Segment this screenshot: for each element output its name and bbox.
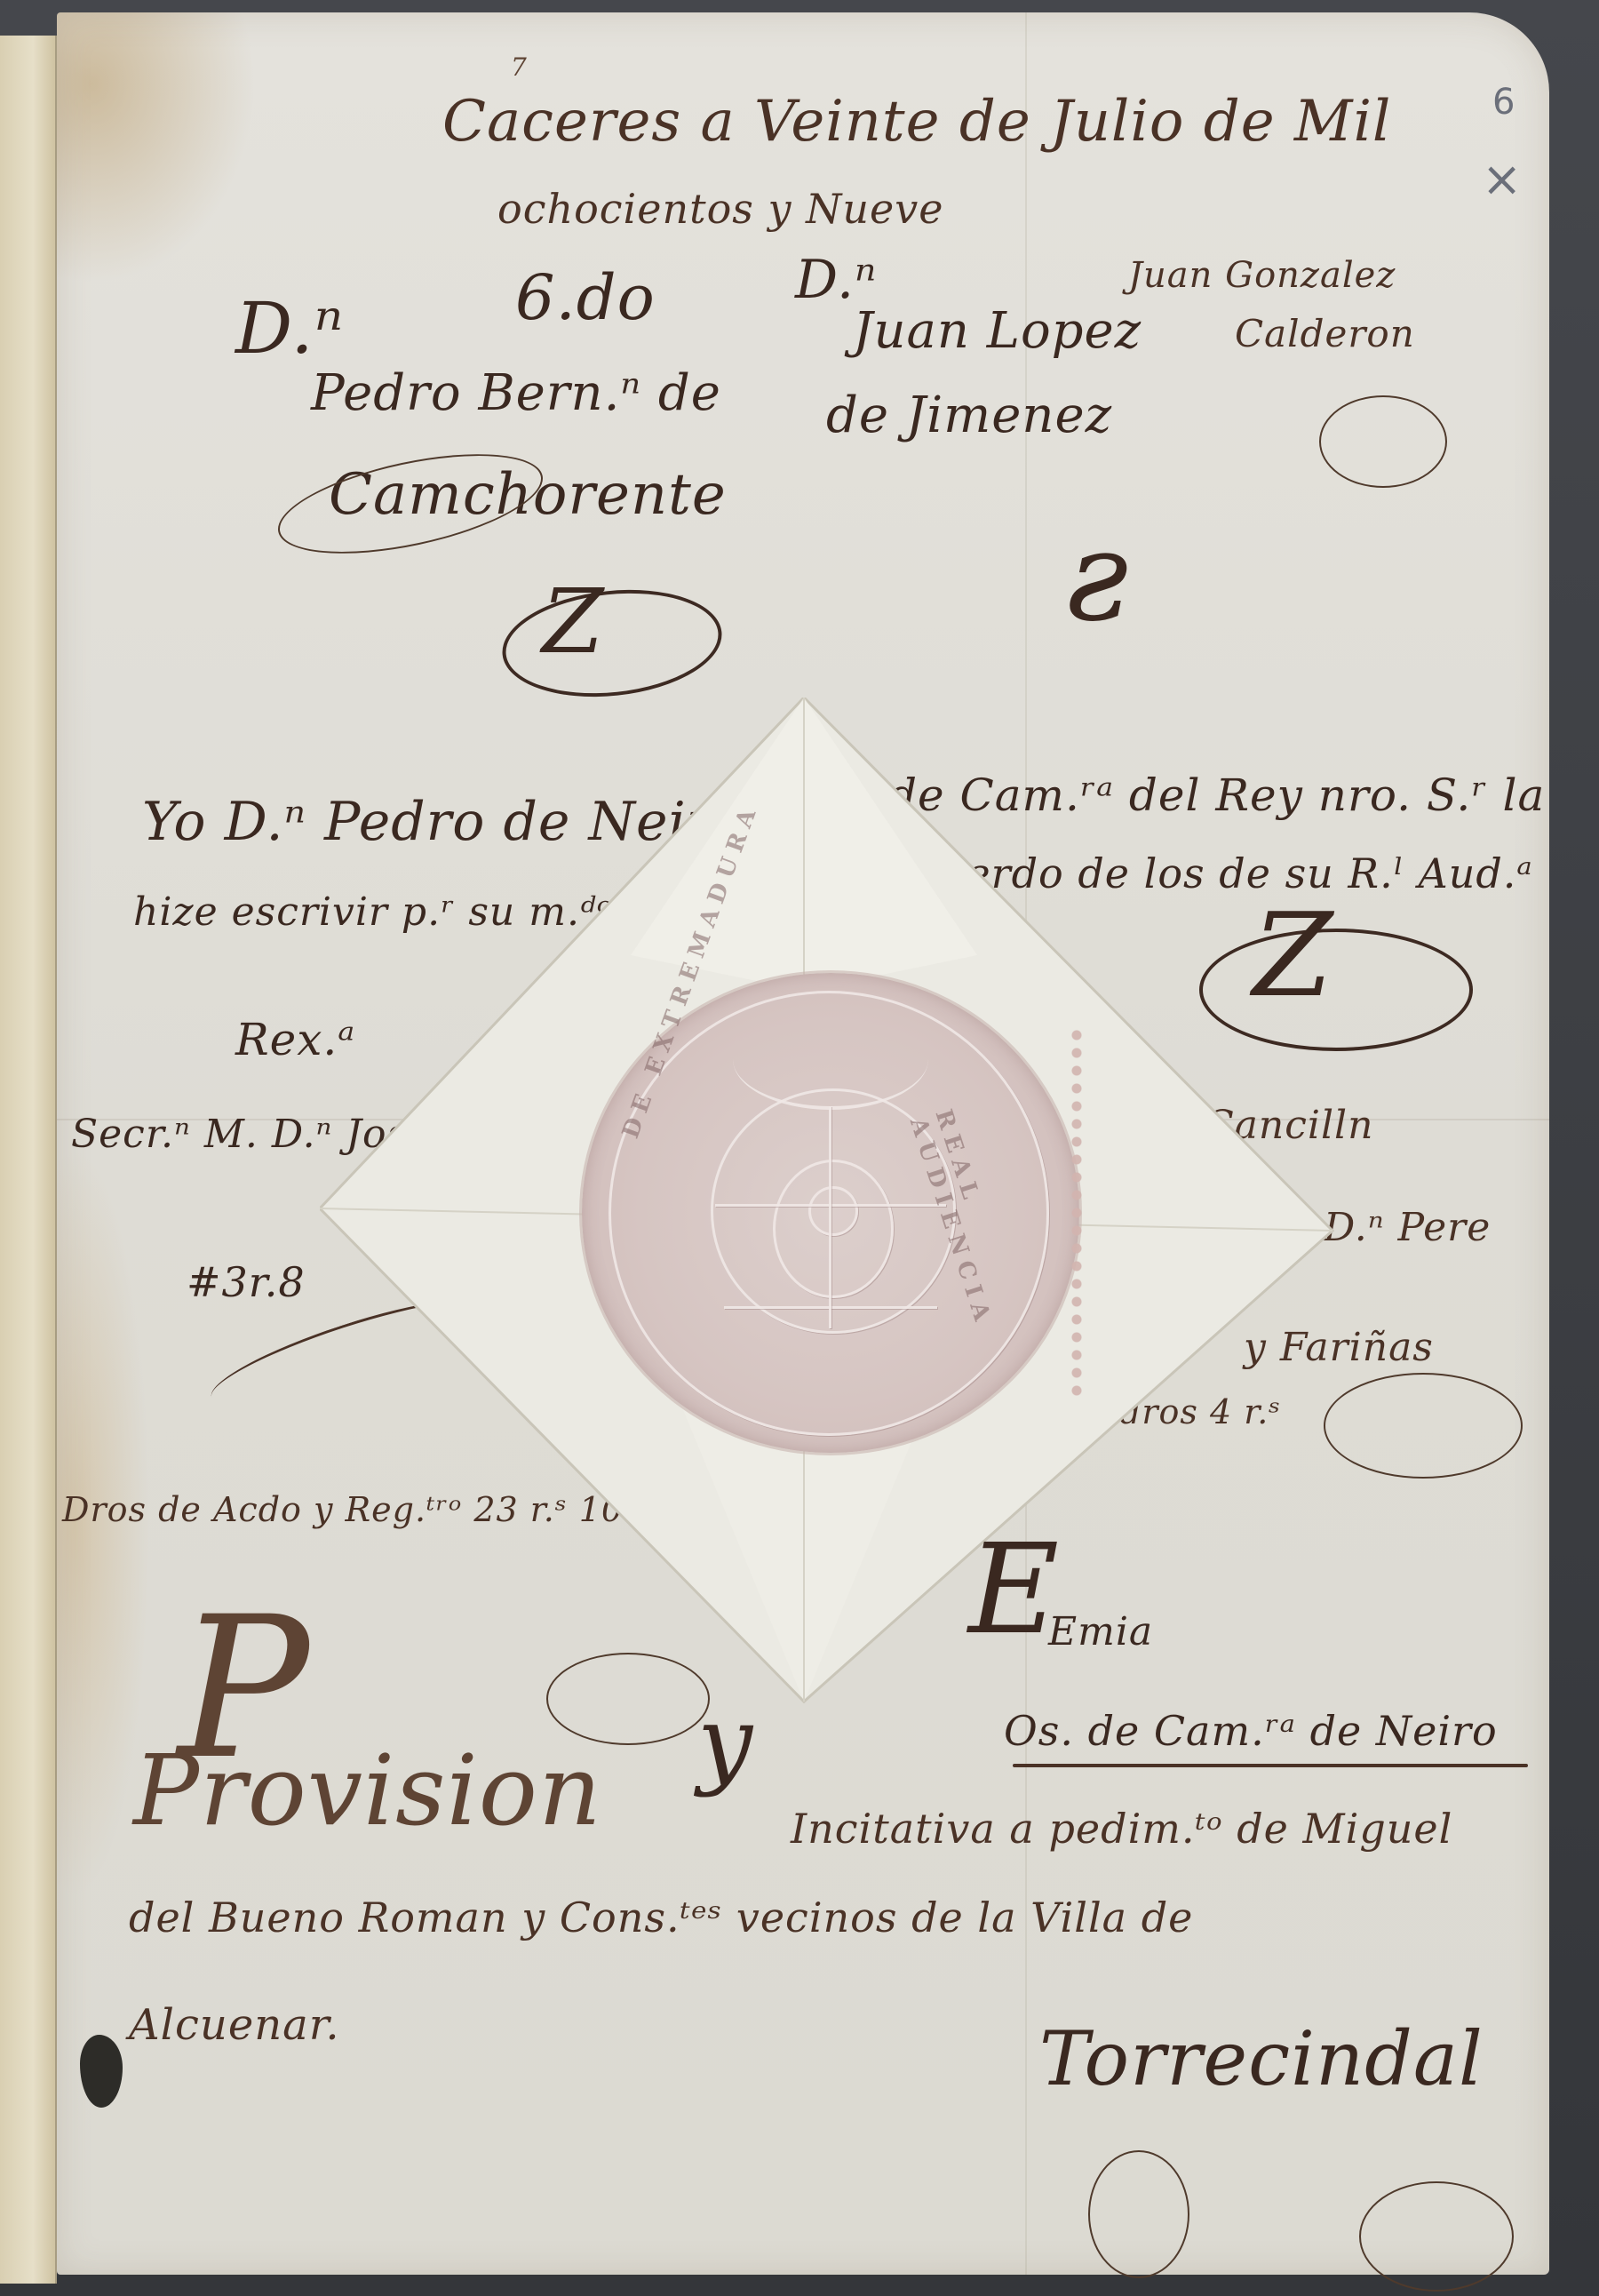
- header-line-1: Caceres a Veinte de Julio de Mil: [442, 93, 1391, 150]
- title-line-4: del Bueno Roman y Cons.ᵗᵉˢ vecinos de la…: [129, 1897, 1193, 1938]
- title-center-rubric: [546, 1653, 710, 1745]
- left-note-fee: #3r.8: [187, 1262, 306, 1303]
- subtitle-line-2: Os. de Cam.ʳᵃ de Neiro: [1004, 1710, 1498, 1751]
- title-line-5: Alcuenar.: [129, 2004, 340, 2046]
- sig1-ordinal: 6.do: [515, 267, 656, 329]
- sig2-rubric-mark: ƨ: [1066, 515, 1130, 640]
- title-word: Provision: [133, 1742, 602, 1839]
- right-notes-rubric: [1324, 1373, 1523, 1479]
- title-line-3: Incitativa a pedim.ᵗᵒ de Miguel: [791, 1808, 1452, 1849]
- sig3-line-2: Calderon: [1235, 315, 1415, 353]
- seal-beaded-rim: [1067, 1026, 1086, 1399]
- final-signature-loop: [1088, 2150, 1189, 2278]
- seal-crown: [733, 1008, 928, 1110]
- sig1-rubric-mark: Z: [542, 578, 603, 666]
- subtitle-initial: E: [968, 1528, 1060, 1653]
- final-signature: Torrecindal: [1039, 2021, 1484, 2096]
- header-line-2: ochocientos y Nueve: [497, 188, 943, 229]
- subtitle-underline: [1013, 1764, 1528, 1767]
- embossed-seal: DE EXTREMADURA REAL AUDIENCIA: [582, 973, 1079, 1453]
- sig2-line-1: Juan Lopez: [853, 307, 1142, 356]
- sig3-rubric: [1319, 395, 1447, 488]
- sig1-line-1: Pedro Bern.ⁿ de: [311, 369, 721, 419]
- sig1-abbrev: D.ⁿ: [235, 293, 344, 364]
- seal-shield-divider: [829, 1106, 831, 1328]
- pencil-cross-mark: ×: [1482, 151, 1522, 207]
- sig2-line-2: de Jimenez: [826, 391, 1112, 441]
- seal-center-oval: [808, 1186, 858, 1236]
- final-signature-rubric: [1359, 2181, 1514, 2292]
- title-connector: y: [697, 1693, 753, 1790]
- folio-number: 6: [1492, 82, 1515, 123]
- adjacent-leaf-edge: [0, 36, 57, 2284]
- header-superscript: 7: [511, 55, 528, 80]
- sig2-abbrev: D.ⁿ: [795, 253, 877, 307]
- sig3-line-1: Juan Gonzalez: [1128, 258, 1396, 293]
- subtitle-line-1: Emia: [1048, 1613, 1153, 1652]
